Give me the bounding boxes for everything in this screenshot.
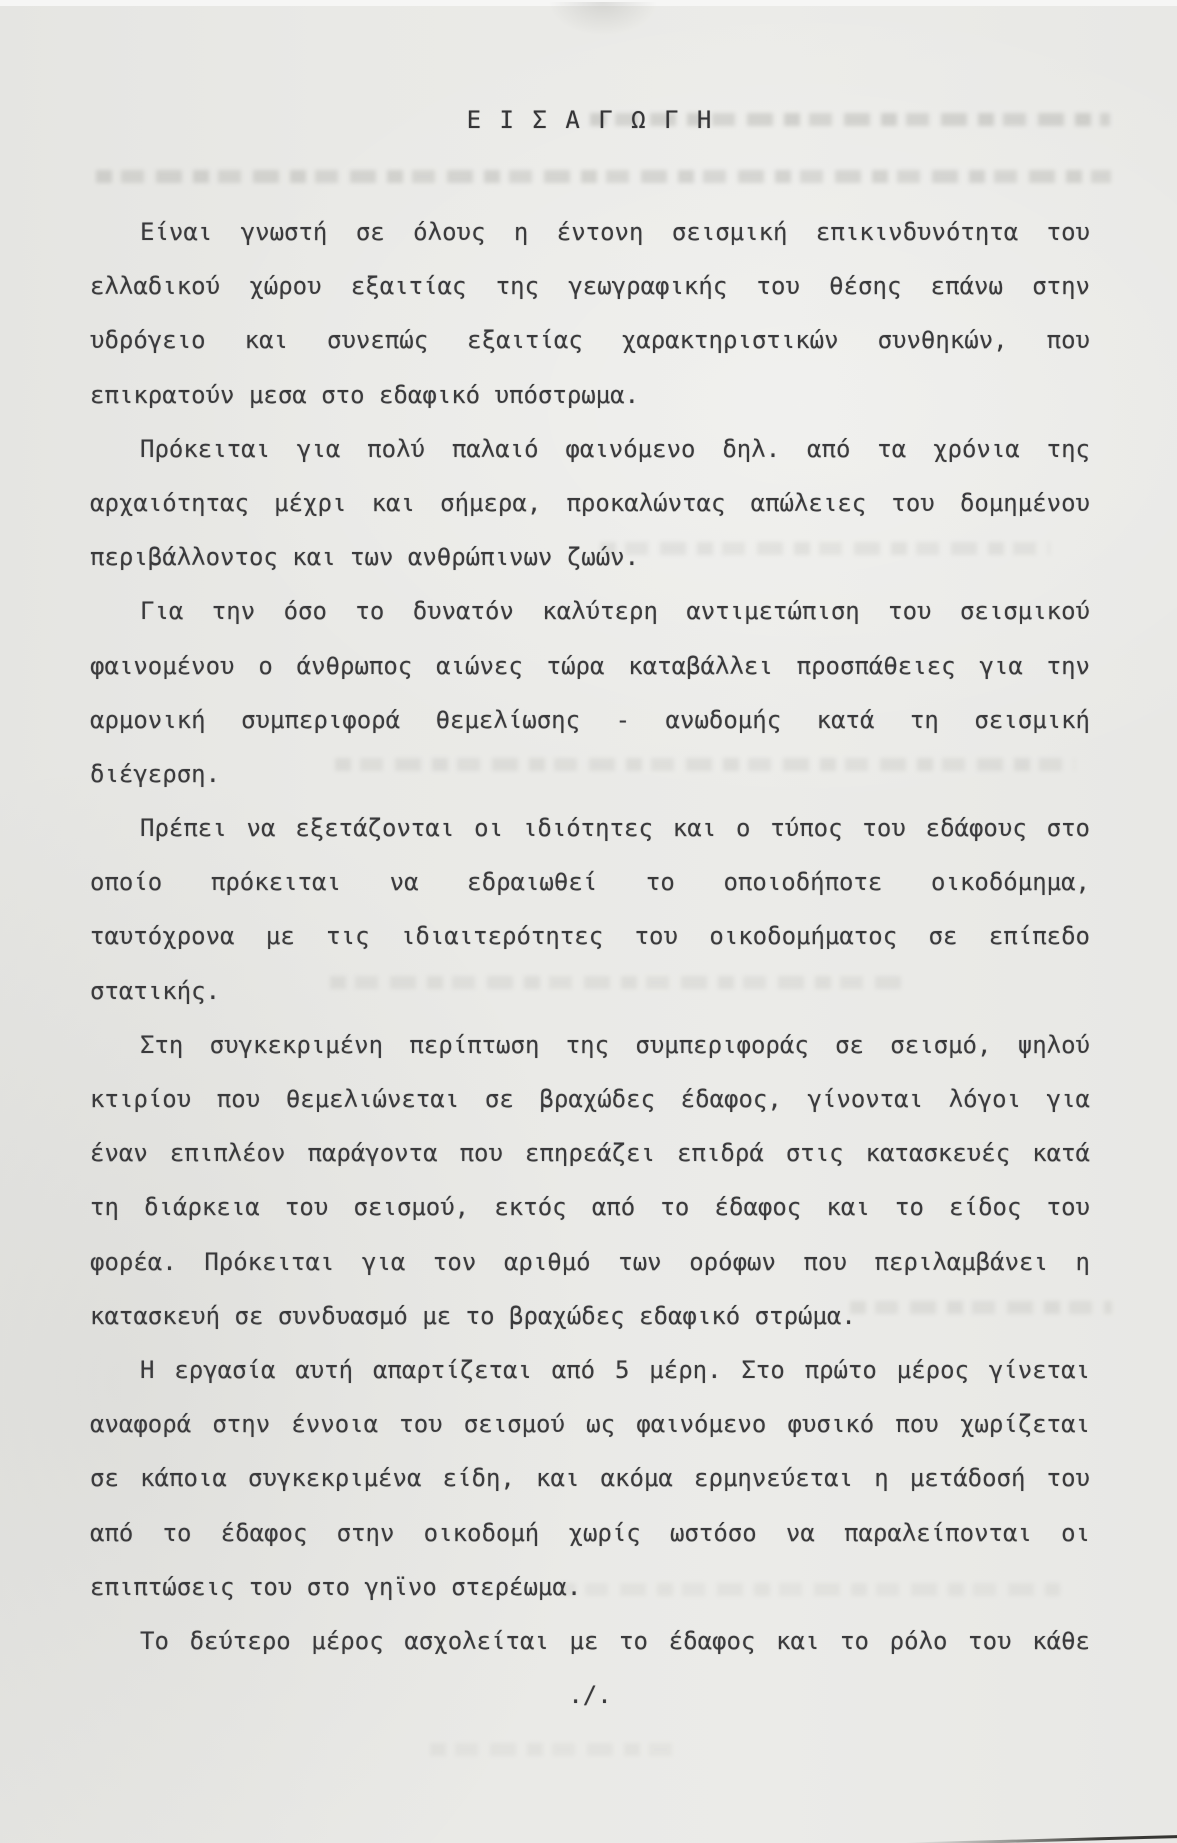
text-line: Πρόκειται για πολύ παλαιό φαινόμενο δηλ.… (90, 422, 1090, 476)
text-line: σε κάποια συγκεκριμένα είδη, και ακόμα ε… (90, 1451, 1090, 1505)
text-line: περιβάλλοντος και των ανθρώπινων ζωών. (90, 530, 1090, 584)
text-line: από το έδαφος στην οικοδομή χωρίς ωστόσο… (90, 1506, 1090, 1560)
scan-corner-line (905, 1835, 1177, 1843)
text-line: κτιρίου που θεμελιώνεται σε βραχώδες έδα… (90, 1072, 1090, 1126)
text-line: αναφορά στην έννοια του σεισμού ως φαινό… (90, 1397, 1090, 1451)
text-line: έναν επιπλέον παράγοντα που επηρεάζει επ… (90, 1126, 1090, 1180)
text-line: διέγερση. (90, 747, 1090, 801)
text-line: Πρέπει να εξετάζονται οι ιδιότητες και ο… (90, 801, 1090, 855)
text-line: τη διάρκεια του σεισμού, εκτός από το έδ… (90, 1180, 1090, 1234)
text-line: επιπτώσεις του στο γηϊνο στερέωμα. (90, 1560, 1090, 1614)
text-line: Είναι γνωστή σε όλους η έντονη σεισμική … (90, 205, 1090, 259)
page-title: Ε Ι Σ Α Γ Ω Γ Η (90, 106, 1090, 134)
text-line: οποίο πρόκειται να εδραιωθεί το οποιοδήπ… (90, 855, 1090, 909)
scanned-page: Ε Ι Σ Α Γ Ω Γ Η Είναι γνωστή σε όλους η … (0, 0, 1177, 1843)
document-body: Είναι γνωστή σε όλους η έντονη σεισμική … (90, 205, 1090, 1722)
text-line: Στη συγκεκριμένη περίπτωση της συμπεριφο… (90, 1018, 1090, 1072)
text-line: Για την όσο το δυνατόν καλύτερη αντιμετώ… (90, 584, 1090, 638)
page-continuation-mark: ./. (90, 1668, 1090, 1722)
scan-smudge (548, 2, 658, 36)
text-line: αρμονική συμπεριφορά θεμελίωσης - ανωδομ… (90, 693, 1090, 747)
text-line: κατασκευή σε συνδυασμό με το βραχώδες εδ… (90, 1289, 1090, 1343)
bleed-through-line (96, 170, 1111, 183)
text-line: υδρόγειο και συνεπώς εξαιτίας χαρακτηρισ… (90, 313, 1090, 367)
text-line: Η εργασία αυτή απαρτίζεται από 5 μέρη. Σ… (90, 1343, 1090, 1397)
text-line: στατικής. (90, 964, 1090, 1018)
text-line: φαινομένου ο άνθρωπος αιώνες τώρα καταβά… (90, 639, 1090, 693)
text-line: Το δεύτερο μέρος ασχολείται με το έδαφος… (90, 1614, 1090, 1668)
text-line: ελλαδικού χώρου εξαιτίας της γεωγραφικής… (90, 259, 1090, 313)
text-line: ταυτόχρονα με τις ιδιαιτερότητες του οικ… (90, 909, 1090, 963)
text-line: επικρατούν μεσα στο εδαφικό υπόστρωμα. (90, 368, 1090, 422)
text-line: φορέα. Πρόκειται για τον αριθμό των ορόφ… (90, 1235, 1090, 1289)
bleed-through-line (430, 1743, 680, 1756)
text-line: αρχαιότητας μέχρι και σήμερα, προκαλώντα… (90, 476, 1090, 530)
